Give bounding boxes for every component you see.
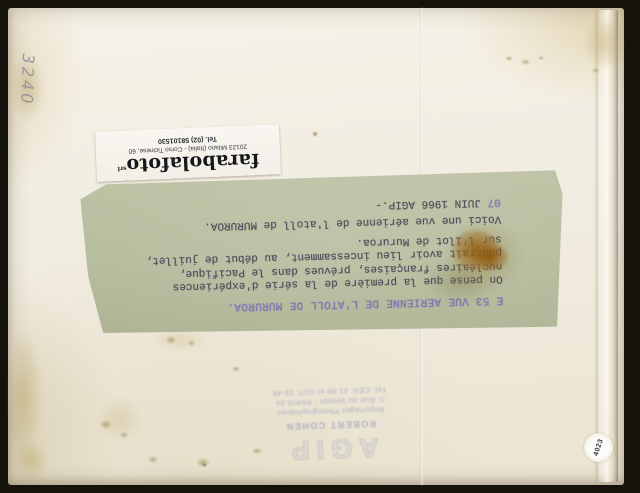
stain-speck — [100, 420, 112, 429]
paper-torn-edge — [598, 10, 618, 482]
stain-speck — [148, 456, 158, 463]
stain-speck — [312, 131, 318, 137]
sticker-brand-suffix: srl — [118, 165, 127, 172]
stain-speck — [188, 340, 195, 346]
stain-brown-core — [470, 242, 510, 272]
photo-back-scan: AGIP ROBERT COHEN Reportages Photographi… — [0, 0, 640, 493]
stain-blob — [14, 440, 48, 482]
stain-speck — [592, 68, 599, 73]
stain-speck — [521, 59, 530, 65]
farabolafoto-sticker-text: farabolafotosrl 20123 Milano (Italia) - … — [95, 124, 281, 182]
stain-speck — [505, 56, 513, 61]
stain-speck — [166, 336, 176, 344]
caption-date-stamp: 07 — [481, 196, 501, 208]
stain-speck — [202, 463, 207, 467]
stain-speck — [120, 432, 128, 438]
round-sticker-number: 4023 — [592, 438, 604, 457]
round-number-sticker: 4023 — [584, 433, 613, 462]
handwritten-archive-number: 3240 — [17, 53, 38, 106]
caption-date-text: JUIN 1966 AGIP.- — [375, 196, 481, 211]
farabolafoto-sticker: farabolafotosrl 20123 Milano (Italia) - … — [95, 124, 281, 182]
stain-blob — [584, 16, 626, 70]
agip-ghost-stamp: AGIP ROBERT COHEN Reportages Photographi… — [228, 339, 432, 468]
stain-speck — [538, 56, 544, 60]
